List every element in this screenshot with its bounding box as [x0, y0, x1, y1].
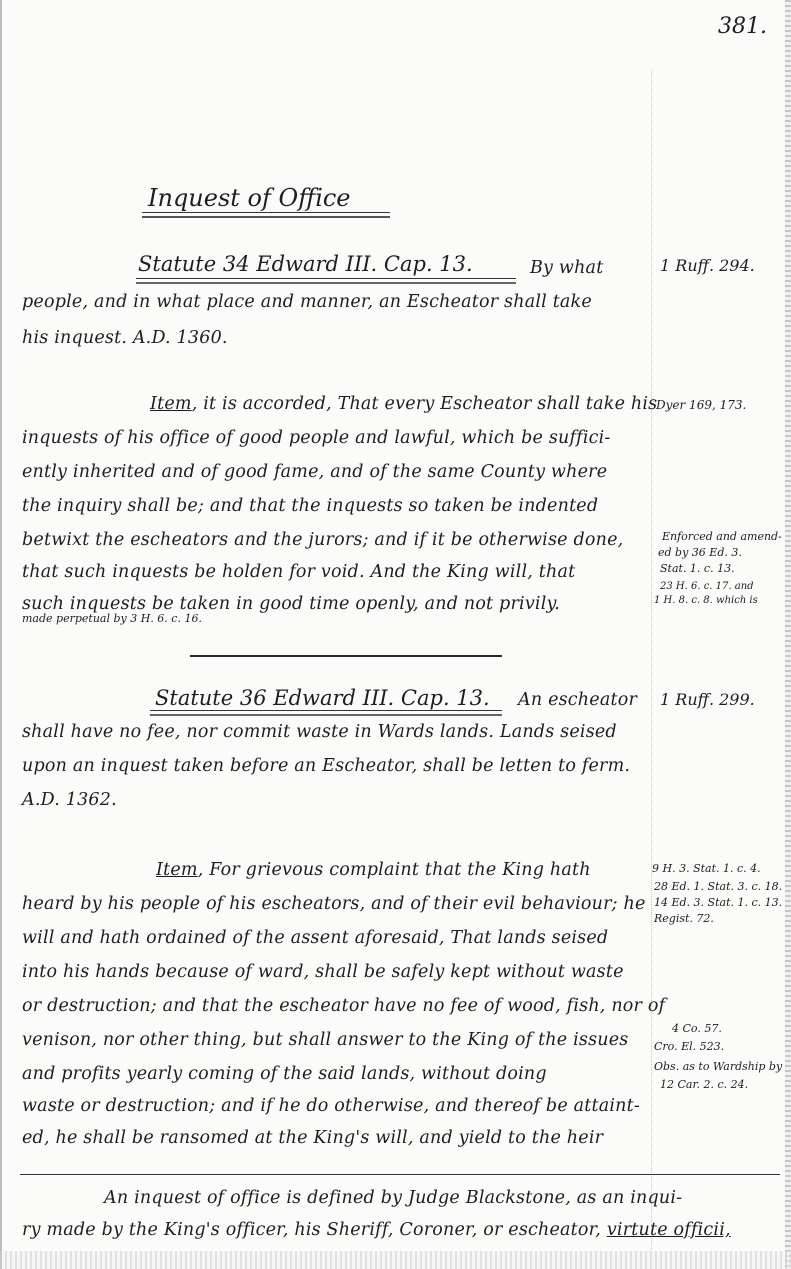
section2-margin-note: Obs. as to Wardship by: [654, 1060, 782, 1073]
section-separator: [190, 655, 502, 657]
scan-noise-bottom: [0, 1251, 791, 1269]
section1-margin-note: Enforced and amend-: [662, 530, 782, 543]
section1-body-line: the inquiry shall be; and that the inque…: [22, 496, 598, 516]
section1-margin-note: Dyer 169, 173.: [656, 398, 746, 412]
section2-body-line: venison, nor other thing, but shall answ…: [22, 1030, 628, 1050]
section1-body-first-line: Item, it is accorded, That every Escheat…: [150, 394, 657, 414]
section2-margin-note: 28 Ed. 1. Stat. 3. c. 18.: [654, 880, 782, 893]
section1-body-line: betwixt the escheators and the jurors; a…: [22, 530, 623, 550]
section1-summary-line: people, and in what place and manner, an…: [22, 292, 592, 312]
section1-body-line: such inquests be taken in good time open…: [22, 594, 560, 614]
section2-margin-note: Cro. El. 523.: [654, 1040, 724, 1053]
page-number: 381.: [718, 14, 767, 39]
page-title: Inquest of Office: [148, 184, 351, 212]
section2-summary-line: shall have no fee, nor commit waste in W…: [22, 722, 617, 742]
section1-margin-note: Stat. 1. c. 13.: [660, 562, 735, 575]
page-left-edge: [0, 0, 2, 1269]
section1-heading-tail: By what: [530, 258, 603, 278]
section1-body-line: inquests of his office of good people an…: [22, 428, 611, 448]
section2-margin-note: 12 Car. 2. c. 24.: [660, 1078, 748, 1091]
closing-line: An inquest of office is defined by Judge…: [104, 1188, 682, 1208]
closing-line: ry made by the King's officer, his Sheri…: [22, 1220, 731, 1240]
section2-body-line: and profits yearly coming of the said la…: [22, 1064, 547, 1084]
section2-body-line: or destruction; and that the escheator h…: [22, 996, 665, 1016]
section2-margin-ref: 1 Ruff. 299.: [660, 690, 755, 709]
section2-body-line: ed, he shall be ransomed at the King's w…: [22, 1128, 603, 1148]
section2-heading: Statute 36 Edward III. Cap. 13.: [155, 686, 490, 710]
item-word: Item: [156, 860, 198, 880]
section1-summary-line: his inquest. A.D. 1360.: [22, 328, 228, 348]
section2-margin-note: 9 H. 3. Stat. 1. c. 4.: [652, 862, 761, 875]
section1-heading: Statute 34 Edward III. Cap. 13.: [138, 252, 473, 276]
title-underline: [142, 212, 390, 218]
section2-margin-note: 4 Co. 57.: [672, 1022, 722, 1035]
section1-margin-ref: 1 Ruff. 294.: [660, 256, 755, 275]
section2-heading-underline: [150, 710, 502, 716]
section1-footnote: made perpetual by 3 H. 6. c. 16.: [22, 612, 202, 625]
item-word: Item: [150, 394, 192, 414]
section1-margin-note: 1 H. 8. c. 8. which is: [654, 595, 758, 606]
page-right-edge: [785, 0, 791, 1269]
section2-summary-line: A.D. 1362.: [22, 790, 117, 810]
latin-phrase: virtute officii,: [607, 1220, 731, 1240]
section2-margin-note: 14 Ed. 3. Stat. 1. c. 13.: [654, 896, 782, 909]
document-page: 381. Inquest of Office Statute 34 Edward…: [0, 0, 791, 1269]
section1-body-line: ently inherited and of good fame, and of…: [22, 462, 607, 482]
section1-heading-underline: [136, 278, 516, 284]
margin-rule: [651, 70, 652, 1249]
section2-body-first-line: Item, For grievous complaint that the Ki…: [156, 860, 591, 880]
section2-body-line: waste or destruction; and if he do other…: [22, 1096, 640, 1116]
section2-body-line: into his hands because of ward, shall be…: [22, 962, 624, 982]
section1-margin-note: ed by 36 Ed. 3.: [658, 546, 742, 559]
section2-body-line: heard by his people of his escheators, a…: [22, 894, 646, 914]
section2-body-line: will and hath ordained of the assent afo…: [22, 928, 608, 948]
section2-summary-line: upon an inquest taken before an Escheato…: [22, 756, 630, 776]
section2-heading-tail: An escheator: [518, 690, 637, 710]
section2-margin-note: Regist. 72.: [654, 912, 714, 925]
section1-body-line: that such inquests be holden for void. A…: [22, 562, 575, 582]
section1-margin-note: 23 H. 6. c. 17. and: [660, 581, 754, 592]
closing-separator: [20, 1174, 780, 1175]
